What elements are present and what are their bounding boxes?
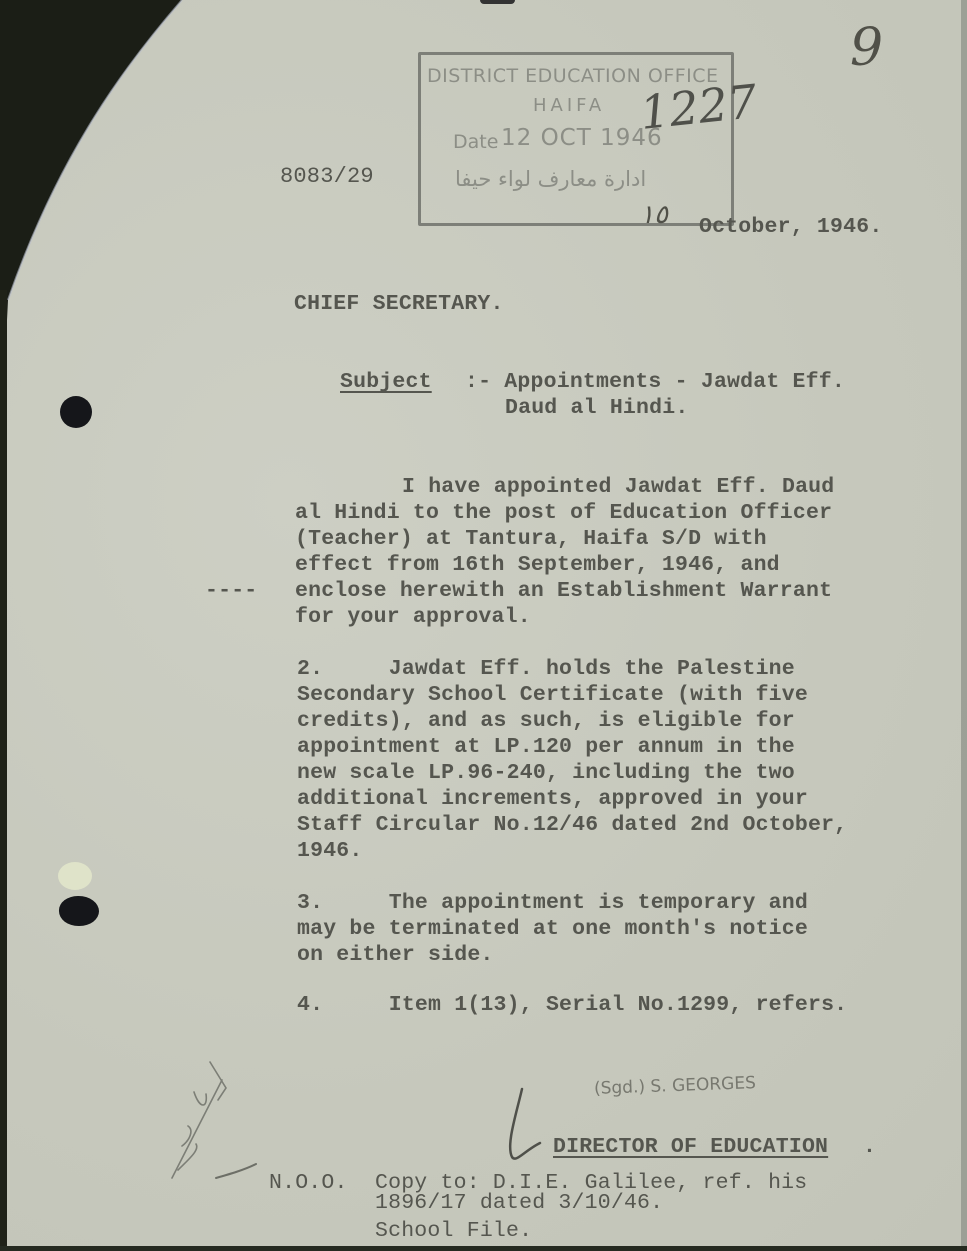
subject-label: Subject [340,369,432,395]
handwritten-tick-icon [500,1085,550,1165]
pencil-initials-icon [160,1050,270,1190]
stamp-handwritten-number: 1227 [637,74,759,140]
paragraph-1-line: enclose herewith an Establishment Warran… [295,578,832,604]
paragraph-1-line: effect from 16th September, 1946, and [295,552,780,578]
paragraph-2-line: 1946. [297,838,363,864]
paragraph-2-line: Staff Circular No.12/46 dated 2nd Octobe… [297,812,847,838]
date-handwritten-day: ١٥ [640,200,668,230]
paragraph-2-line: 2. Jawdat Eff. holds the Palestine [297,656,795,682]
paragraph-2-line: new scale LP.96-240, including the two [297,760,795,786]
paragraph-2-line: appointment at LP.120 per annum in the [297,734,795,760]
signature-stamp: (Sgd.) S. GEORGES [594,1073,756,1099]
addressee: CHIEF SECRETARY. [294,291,504,317]
punch-hole-icon [59,896,99,926]
paragraph-3-line: may be terminated at one month's notice [297,916,808,942]
paragraph-2-line: credits), and as such, is eligible for [297,708,795,734]
paragraph-1-line: for your approval. [295,604,531,630]
scan-edge-corner [0,0,200,320]
file-reference: 8083/29 [280,164,374,190]
punch-hole-icon [60,396,92,428]
signatory-title: DIRECTOR OF EDUCATION [553,1134,828,1160]
scan-edge-left [0,290,7,1251]
page-number: 9 [850,18,883,78]
document-page: 9 DISTRICT EDUCATION OFFICE HAIFA Date 1… [0,0,967,1251]
margin-dashes: ---- [205,578,257,604]
received-stamp: DISTRICT EDUCATION OFFICE HAIFA Date 12 … [418,52,734,226]
paragraph-1-line: al Hindi to the post of Education Office… [295,500,832,526]
scan-edge-right [961,0,967,1251]
cc-prefix: N.O.O. [269,1170,348,1196]
letter-date: October, 1946. [699,214,882,240]
paragraph-2-line: additional increments, approved in your [297,786,808,812]
paragraph-1-line: I have appointed Jawdat Eff. Daud [402,474,834,500]
scan-edge-bottom [0,1246,967,1251]
paragraph-3-line: on either side. [297,942,494,968]
paragraph-4: 4. Item 1(13), Serial No.1299, refers. [297,992,847,1018]
paragraph-2-line: Secondary School Certificate (with five [297,682,808,708]
stamp-city: HAIFA [533,95,605,116]
paragraph-1-line: (Teacher) at Tantura, Haifa S/D with [295,526,767,552]
stamp-date-value: 12 OCT 1946 [501,125,663,151]
subject-line-1: :- Appointments - Jawdat Eff. [465,369,845,395]
punch-hole-reinforcement-icon [58,862,92,890]
scan-artifact-top [480,0,515,4]
paragraph-3-line: 3. The appointment is temporary and [297,890,808,916]
cc-line-2: 1896/17 dated 3/10/46. [375,1190,663,1216]
subject-line-2: Daud al Hindi. [505,395,688,421]
stamp-arabic-text: ادارة معارف لواء حيفا [455,167,646,191]
cc-line-3: School File. [375,1218,532,1244]
stamp-date-label: Date [453,131,498,153]
signatory-period: . [863,1134,876,1160]
